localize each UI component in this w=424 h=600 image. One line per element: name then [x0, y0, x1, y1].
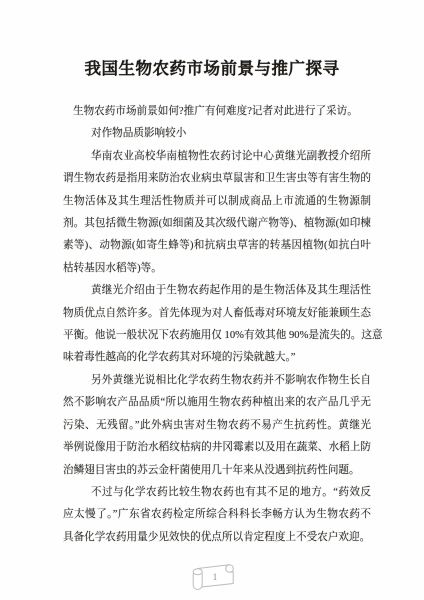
- text-line: 物质优点自然许多。首先体现为对人畜低毒对环境友好能兼顾生态: [63, 303, 371, 325]
- text-line: 对作物品质影响较小: [63, 123, 371, 145]
- text-line: 谓生物农药是指用来防治农业病虫草鼠害和卫生害虫等有害生物的: [63, 168, 371, 190]
- text-line: 举例说像用于防治水稻纹枯病的井冈霉素以及用在蔬菜、水稻上防: [63, 437, 371, 459]
- text-line: 不过与化学农药比较生物农药也有其不足的地方。“药效反: [63, 482, 371, 504]
- page-number: 1: [213, 572, 218, 582]
- text-line: 枯转基因水稻等)等。: [63, 258, 371, 280]
- document-body: 生物农药市场前景如何?推广有何难度?记者对此进行了采访。对作物品质影响较小华南农…: [0, 101, 424, 549]
- text-line: 生物农药市场前景如何?推广有何难度?记者对此进行了采访。: [63, 101, 371, 123]
- text-line: 另外黄继光说相比化学农药生物农药并不影响农作物生长自: [63, 370, 371, 392]
- document-page: 我国生物农药市场前景与推广探寻 生物农药市场前景如何?推广有何难度?记者对此进行…: [0, 0, 424, 600]
- text-line: 应太慢了。”广东省农药检定所综合科科长李畅方认为生物农药不: [63, 504, 371, 526]
- page-number-footer: 1: [0, 559, 424, 591]
- text-line: 素等)、动物源(如寄生蜂等)和抗病虫草害的转基因植物(如抗白叶: [63, 235, 371, 257]
- text-line: 平衡。他说一般状况下农药施用仅 10%有效其他 90%是流失的。这意: [63, 325, 371, 347]
- text-line: 然不影响农产品品质“所以施用生物农药种植出来的农产品几乎无: [63, 392, 371, 414]
- text-line: 剂。其包括微生物源(如细菌及其次级代谢产物等)、植物源(如印楝: [63, 213, 371, 235]
- text-line: 华南农业高校华南植物性农药讨论中心黄继光副教授介绍所: [63, 146, 371, 168]
- text-line: 味着毒性越高的化学农药其对环境的污染就越大。”: [63, 347, 371, 369]
- text-line: 治鳞翅目害虫的苏云金杆菌使用几十年来从没遇到抗药性问题。: [63, 460, 371, 482]
- text-line: 污染、无残留。”此外病虫害对生物农药不易产生抗药性。黄继光: [63, 415, 371, 437]
- text-line: 具备化学农药用量少见效快的优点所以肯定程度上不受农户欢迎。: [63, 527, 371, 549]
- text-line: 生物活体及其生理活性物质并可以制成商品上市流通的生物源制: [63, 191, 371, 213]
- scroll-page-number-icon: 1: [187, 559, 237, 591]
- page-title: 我国生物农药市场前景与推广探寻: [0, 56, 424, 82]
- text-line: 黄继光介绍由于生物农药起作用的是生物活体及其生理活性: [63, 280, 371, 302]
